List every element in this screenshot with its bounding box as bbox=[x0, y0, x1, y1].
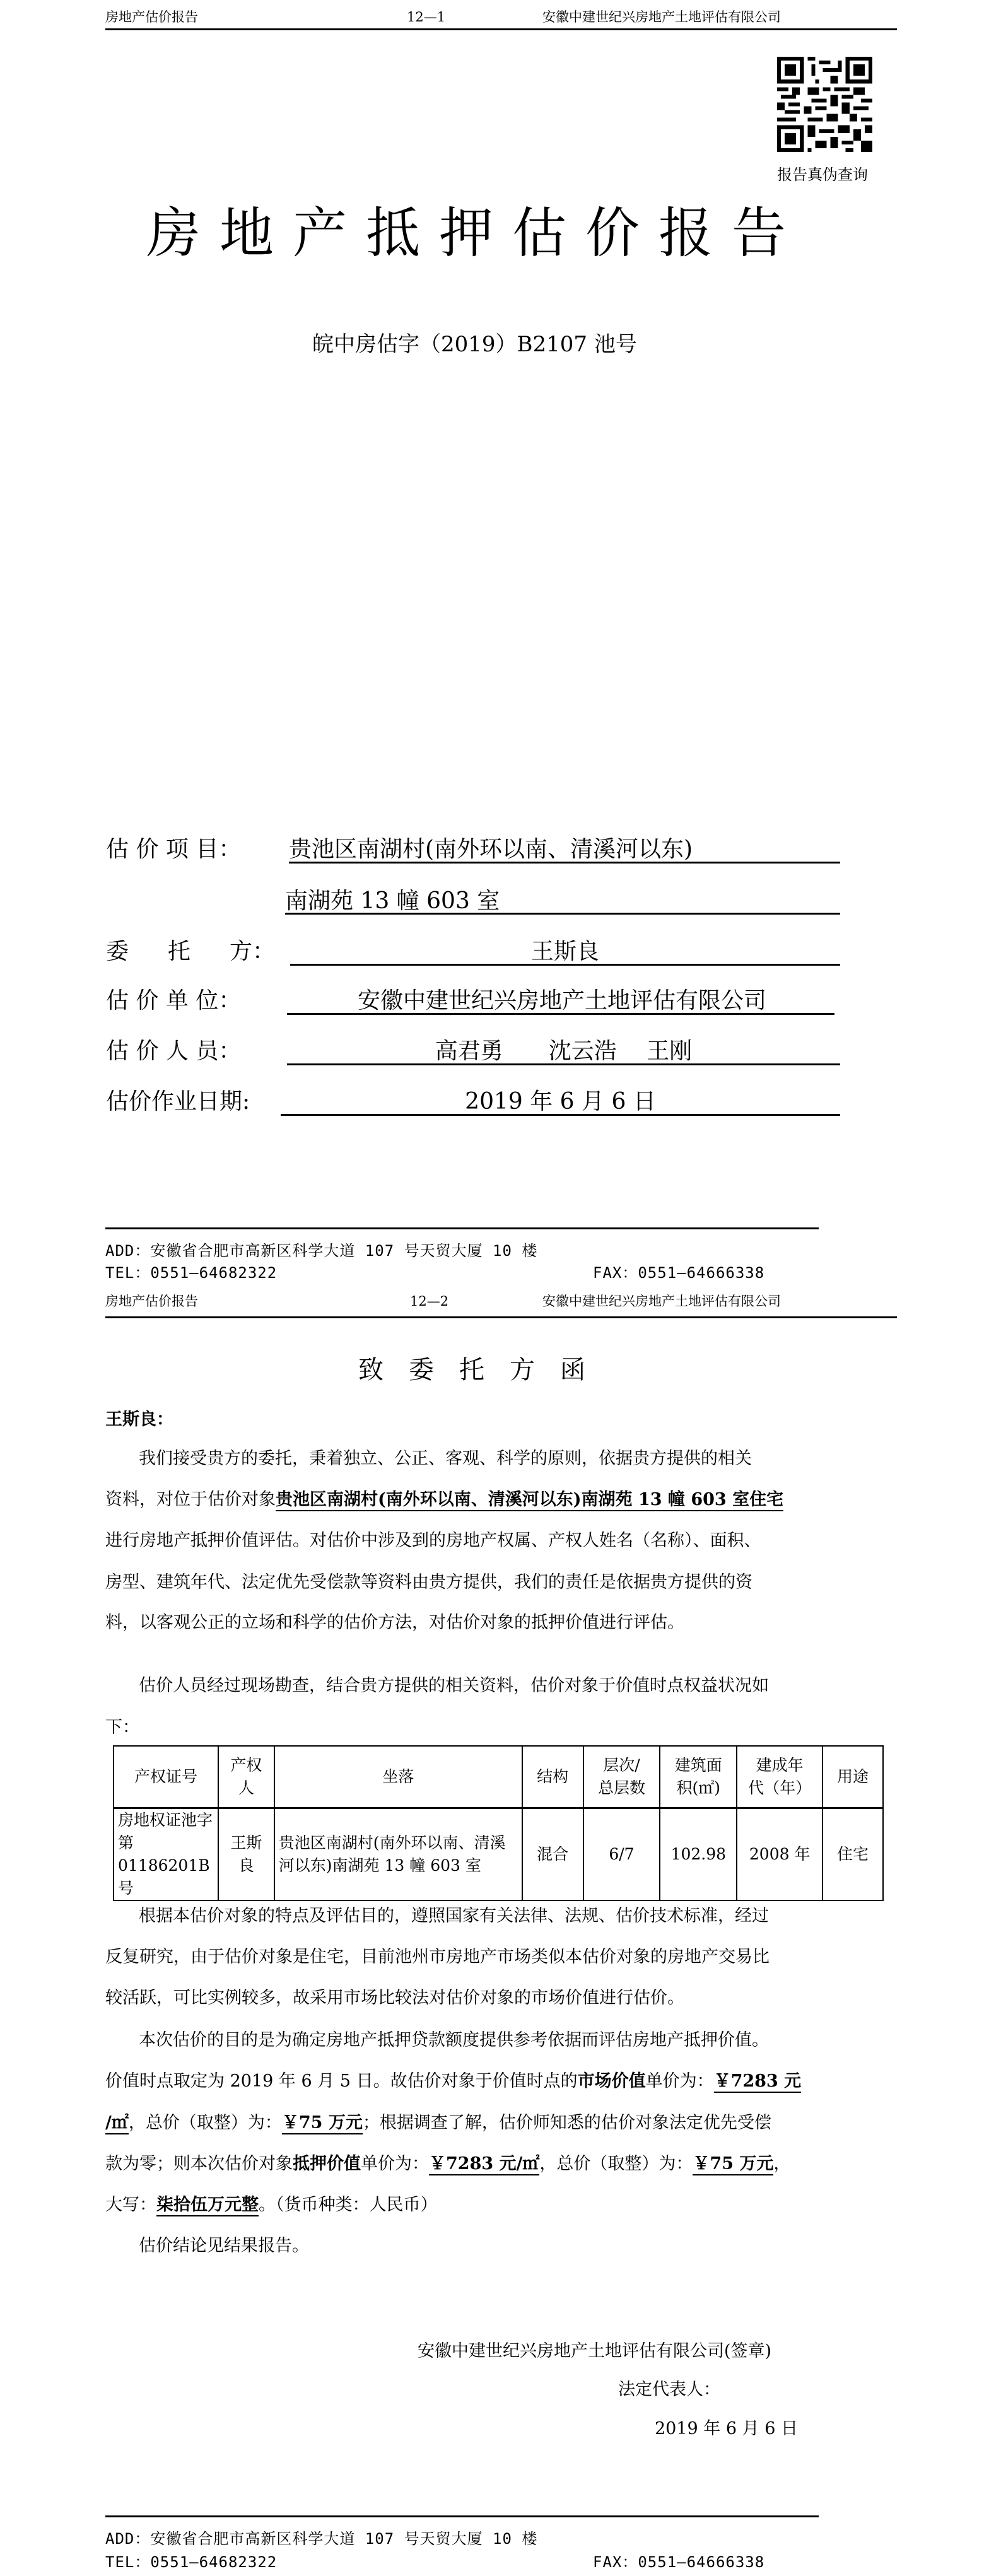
signature-company: 安徽中建世纪兴房地产土地评估有限公司(签章) bbox=[418, 2337, 771, 2362]
cell-area: 102.98 bbox=[660, 1808, 737, 1901]
table-row: 房地权证池字第 01186201B 号 王斯良 贵池区南湖村(南外环以南、清溪河… bbox=[114, 1808, 883, 1901]
col-header-usage: 用途 bbox=[822, 1746, 883, 1808]
para-line: 料，以客观公正的立场和科学的估价方法，对估价对象的抵押价值进行评估。 bbox=[105, 1608, 684, 1633]
footer-rule bbox=[105, 1227, 819, 1229]
value-firm: 安徽中建世纪兴房地产土地评估有限公司 bbox=[287, 983, 837, 1015]
appraisal-target: 贵池区南湖村(南外环以南、清溪河以东)南湖苑 13 幢 603 室住宅 bbox=[276, 1490, 783, 1511]
para-line: 价值时点取定为 2019 年 6 月 5 日。故估价对象于价值时点的市场价值单价… bbox=[105, 2067, 801, 2092]
text: ，总价（取整）为： bbox=[129, 2113, 282, 2133]
text: ， bbox=[773, 2154, 790, 2174]
text: 代（年） bbox=[748, 1779, 811, 1797]
underline bbox=[287, 1013, 834, 1015]
label-work-date: 估价作业日期: bbox=[106, 1084, 250, 1116]
header-report-type: 房地产估价报告 bbox=[105, 9, 198, 25]
footer-rule bbox=[105, 2515, 819, 2517]
para-line: 较活跃，可比实例较多，故采用市场比较法对估价对象的市场价值进行估价。 bbox=[105, 1984, 684, 2008]
text: 总层数 bbox=[598, 1779, 645, 1797]
text: 资料，对位于估价对象 bbox=[105, 1490, 276, 1509]
text: 建筑面 bbox=[675, 1756, 722, 1774]
text: 建成年 bbox=[756, 1756, 804, 1774]
value-appraisers: 高君勇 沈云浩 王刚 bbox=[287, 1033, 840, 1065]
col-header-year: 建成年代（年） bbox=[737, 1746, 822, 1808]
para-line: 房型、建筑年代、法定优先受偿款等资料由贵方提供，我们的责任是依据贵方提供的资 bbox=[105, 1568, 752, 1593]
mortgage-value-label: 抵押价值 bbox=[293, 2154, 361, 2174]
text: 。（货币种类：人民币） bbox=[259, 2195, 438, 2215]
text: 积(㎡) bbox=[677, 1779, 721, 1797]
cell-owner: 王斯良 bbox=[218, 1808, 274, 1901]
para-line: 本次估价的目的是为确定房地产抵押贷款额度提供参考依据而评估房地产抵押价值。 bbox=[139, 2026, 769, 2051]
para-line: 反复研究，由于估价对象是住宅，目前池州市房地产市场类似本估价对象的房地产交易比 bbox=[105, 1943, 770, 1967]
cell-year: 2008 年 bbox=[737, 1808, 822, 1901]
text: 价值时点取定为 2019 年 6 月 5 日。故估价对象于价值时点的 bbox=[105, 2071, 578, 2091]
underline bbox=[285, 913, 840, 915]
footer-fax: FAX：0551—64666338 bbox=[593, 1260, 764, 1282]
para-line: 大写：柒拾伍万元整。（货币种类：人民币） bbox=[105, 2191, 438, 2215]
market-total-price: ￥75 万元 bbox=[282, 2113, 363, 2134]
underline bbox=[290, 964, 840, 966]
mortgage-total-price: ￥75 万元 bbox=[693, 2154, 773, 2175]
text: 大写： bbox=[105, 2195, 156, 2215]
para-line: 根据本估价对象的特点及评估目的，遵照国家有关法律、法规、估价技术标准，经过 bbox=[139, 1902, 769, 1926]
col-header-location: 坐落 bbox=[274, 1746, 522, 1808]
cell-usage: 住宅 bbox=[822, 1808, 883, 1901]
label-project: 估 价 项 目： bbox=[106, 831, 241, 864]
text: 房地权证池字 bbox=[118, 1811, 213, 1829]
para-line: 资料，对位于估价对象贵池区南湖村(南外环以南、清溪河以东)南湖苑 13 幢 60… bbox=[105, 1485, 783, 1510]
col-header-floor: 层次/总层数 bbox=[583, 1746, 660, 1808]
col-header-area: 建筑面积(㎡) bbox=[660, 1746, 737, 1808]
value-work-date: 2019 年 6 月 6 日 bbox=[281, 1084, 840, 1116]
market-value-label: 市场价值 bbox=[578, 2071, 646, 2091]
para-line: 进行房地产抵押价值评估。对估价中涉及到的房地产权属、产权人姓名（名称）、面积、 bbox=[105, 1526, 761, 1551]
underline bbox=[287, 1063, 840, 1065]
signature-legal-rep: 法定代表人： bbox=[618, 2375, 720, 2400]
underline bbox=[281, 1114, 840, 1116]
cell-floor: 6/7 bbox=[583, 1808, 660, 1901]
para-line: 下： bbox=[105, 1713, 139, 1738]
text: ；根据调查了解，估价师知悉的估价对象法定优先受偿 bbox=[363, 2113, 771, 2133]
footer-tel: TEL：0551—64682322 bbox=[105, 1260, 277, 1282]
qr-code-icon[interactable] bbox=[777, 57, 872, 152]
market-unit-price-suffix: /㎡ bbox=[105, 2113, 129, 2134]
text: 单价为： bbox=[361, 2154, 429, 2174]
para-line: 估价人员经过现场勘查，结合贵方提供的相关资料，估价对象于价值时点权益状况如 bbox=[139, 1671, 769, 1696]
header-page-number: 12—1 bbox=[407, 9, 445, 25]
value-project-line2: 南湖苑 13 幢 603 室 bbox=[285, 883, 500, 915]
cell-structure: 混合 bbox=[522, 1808, 583, 1901]
text: 单价为： bbox=[646, 2071, 714, 2091]
header-company: 安徽中建世纪兴房地产土地评估有限公司 bbox=[542, 1293, 781, 1309]
text: ，总价（取整）为： bbox=[539, 2154, 693, 2174]
salutation: 王斯良： bbox=[105, 1405, 173, 1430]
col-header-owner: 产权人 bbox=[218, 1746, 274, 1808]
text: 款为零；则本次估价对象 bbox=[105, 2154, 293, 2174]
text: 层次/ bbox=[603, 1756, 640, 1774]
market-unit-price: ￥7283 元 bbox=[714, 2071, 802, 2093]
property-table: 产权证号 产权人 坐落 结构 层次/总层数 建筑面积(㎡) 建成年代（年） 用途… bbox=[113, 1745, 884, 1901]
label-firm: 估 价 单 位： bbox=[106, 983, 241, 1015]
para-line: 我们接受贵方的委托，秉着独立、公正、客观、科学的原则，依据贵方提供的相关 bbox=[139, 1444, 752, 1469]
report-title: 房地产抵押估价报告 bbox=[146, 189, 805, 267]
value-client: 王斯良 bbox=[290, 934, 840, 966]
cell-location: 贵池区南湖村(南外环以南、清溪河以东)南湖苑 13 幢 603 室 bbox=[274, 1808, 522, 1901]
mortgage-unit-price: ￥7283 元/㎡ bbox=[429, 2154, 539, 2175]
footer-address: ADD：安徽省合肥市高新区科学大道 107 号天贸大厦 10 楼 bbox=[105, 2526, 537, 2548]
letter-title: 致委托方函 bbox=[358, 1350, 611, 1386]
table-header-row: 产权证号 产权人 坐落 结构 层次/总层数 建筑面积(㎡) 建成年代（年） 用途 bbox=[114, 1746, 883, 1808]
footer-address: ADD：安徽省合肥市高新区科学大道 107 号天贸大厦 10 楼 bbox=[105, 1238, 537, 1260]
underline bbox=[289, 862, 840, 864]
signature-date: 2019 年 6 月 6 日 bbox=[655, 2415, 798, 2439]
qr-caption: 报告真伪查询 bbox=[777, 162, 868, 184]
header-company: 安徽中建世纪兴房地产土地评估有限公司 bbox=[542, 9, 781, 25]
footer-tel: TEL：0551—64682322 bbox=[105, 2550, 277, 2572]
header-page-number: 12—2 bbox=[410, 1293, 448, 1309]
label-appraisers: 估 价 人 员： bbox=[106, 1033, 241, 1065]
document-number: 皖中房估字（2019）B2107 池号 bbox=[312, 327, 637, 358]
header-report-type: 房地产估价报告 bbox=[105, 1293, 198, 1309]
col-header-structure: 结构 bbox=[522, 1746, 583, 1808]
para-line: 款为零；则本次估价对象抵押价值单价为：￥7283 元/㎡，总价（取整）为：￥75… bbox=[105, 2150, 790, 2174]
label-client: 委托委 托 方：方： bbox=[106, 934, 275, 966]
header-rule bbox=[105, 1316, 897, 1318]
text: 第 01186201B 号 bbox=[118, 1834, 210, 1897]
amount-in-words: 柒拾伍万元整 bbox=[156, 2195, 259, 2216]
header-rule bbox=[105, 28, 897, 30]
paragraph-conclusion: 估价结论见结果报告。 bbox=[139, 2232, 309, 2256]
cell-cert-no: 房地权证池字第 01186201B 号 bbox=[114, 1808, 218, 1901]
value-project-line1: 贵池区南湖村(南外环以南、清溪河以东) bbox=[289, 831, 693, 864]
footer-fax: FAX：0551—64666338 bbox=[593, 2550, 764, 2572]
col-header-cert-no: 产权证号 bbox=[114, 1746, 218, 1808]
para-line: /㎡，总价（取整）为：￥75 万元；根据调查了解，估价师知悉的估价对象法定优先受… bbox=[105, 2109, 771, 2133]
